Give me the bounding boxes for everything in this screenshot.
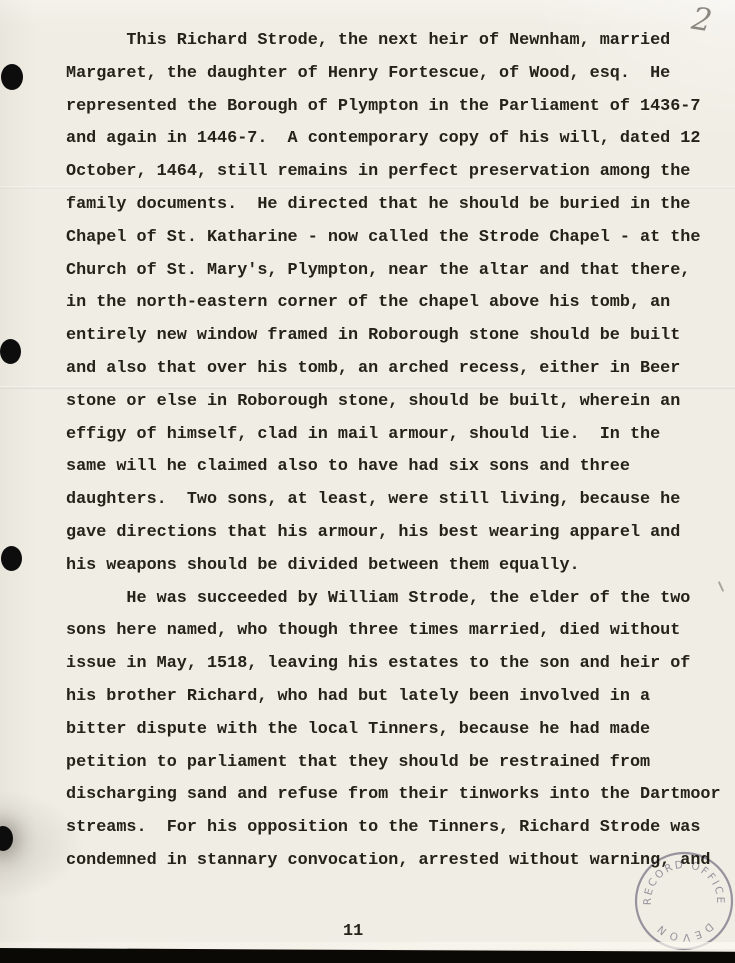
text-line: in the north-eastern corner of the chape… bbox=[66, 287, 731, 320]
document-page: 2 This Richard Strode, the next heir of … bbox=[0, 0, 735, 963]
hole-punch bbox=[0, 826, 13, 851]
text-line: Margaret, the daughter of Henry Fortescu… bbox=[66, 58, 731, 91]
text-line: discharging sand and refuse from their t… bbox=[66, 779, 731, 812]
page-number: 11 bbox=[343, 922, 363, 941]
text-line: and again in 1446-7. A contemporary copy… bbox=[66, 123, 731, 156]
hole-punch bbox=[1, 546, 22, 571]
text-line: This Richard Strode, the next heir of Ne… bbox=[66, 25, 731, 58]
text-line: gave directions that his armour, his bes… bbox=[66, 517, 731, 550]
text-line: stone or else in Roborough stone, should… bbox=[66, 386, 731, 419]
text-line: streams. For his opposition to the Tinne… bbox=[66, 812, 731, 845]
text-line: family documents. He directed that he sh… bbox=[66, 189, 731, 222]
text-line: sons here named, who though three times … bbox=[66, 615, 731, 648]
text-line: his brother Richard, who had but lately … bbox=[66, 681, 731, 714]
text-line: same will he claimed also to have had si… bbox=[66, 451, 731, 484]
text-line: bitter dispute with the local Tinners, b… bbox=[66, 714, 731, 747]
text-line: and also that over his tomb, an arched r… bbox=[66, 353, 731, 386]
text-line: He was succeeded by William Strode, the … bbox=[66, 583, 731, 616]
text-line: daughters. Two sons, at least, were stil… bbox=[66, 484, 731, 517]
text-line: Chapel of St. Katharine - now called the… bbox=[66, 222, 731, 255]
stamp-top-text: RECORD OFFICE bbox=[642, 859, 726, 906]
hole-punch bbox=[0, 339, 21, 364]
text-line: represented the Borough of Plympton in t… bbox=[66, 91, 731, 124]
text-line: effigy of himself, clad in mail armour, … bbox=[66, 419, 731, 452]
text-line: October, 1464, still remains in perfect … bbox=[66, 156, 731, 189]
text-line: Church of St. Mary's, Plympton, near the… bbox=[66, 255, 731, 288]
scan-edge-highlight bbox=[0, 942, 735, 949]
hole-punch bbox=[1, 64, 23, 90]
text-line: entirely new window framed in Roborough … bbox=[66, 320, 731, 353]
text-line: issue in May, 1518, leaving his estates … bbox=[66, 648, 731, 681]
stamp-bottom-text: DEVON bbox=[652, 920, 715, 943]
text-line: his weapons should be divided between th… bbox=[66, 550, 731, 583]
typewritten-text-block: This Richard Strode, the next heir of Ne… bbox=[66, 25, 731, 878]
text-line: petition to parliament that they should … bbox=[66, 747, 731, 780]
